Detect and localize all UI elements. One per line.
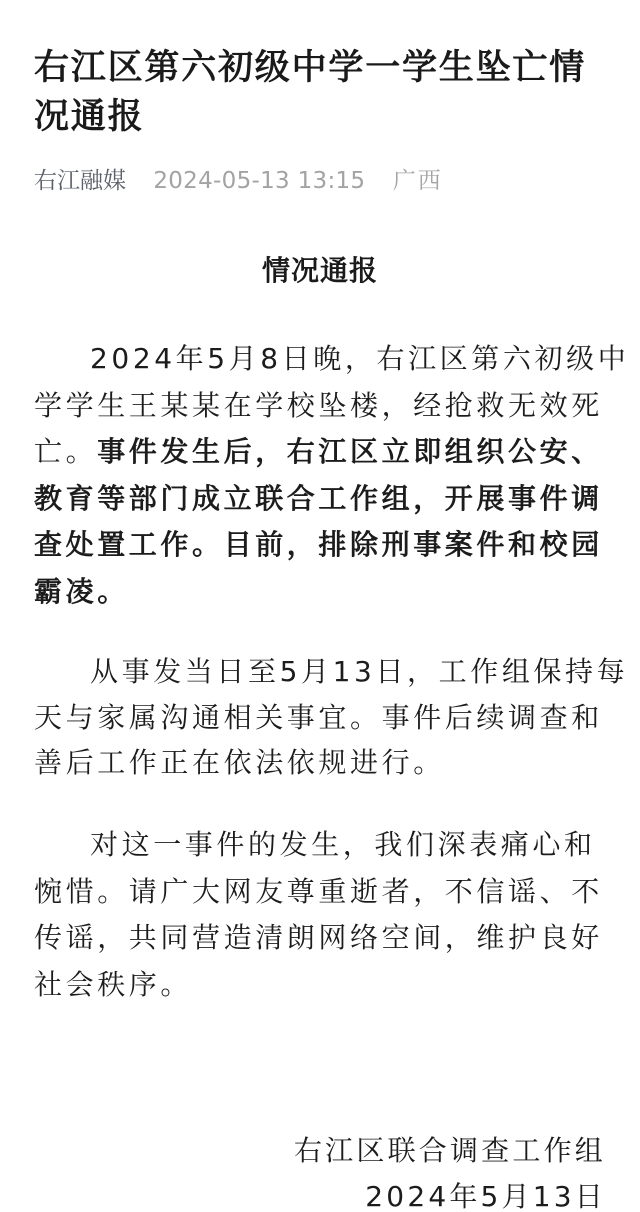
bold-text-segment: 教育等部门成立联合工作组，开展事件调: [34, 482, 603, 515]
publish-region: 广西: [393, 168, 443, 194]
paragraph-line: 从事发当日至5月13日，工作组保持每: [90, 654, 608, 690]
paragraph-line: 惋惜。请广大网友尊重逝者，不信谣、不: [34, 874, 608, 910]
article-title: 右江区第六初级中学一学生坠亡情 况通报: [34, 44, 614, 142]
article-title-line-2: 况通报: [34, 93, 614, 142]
bold-text-segment: 霸凌。: [34, 575, 129, 608]
text-segment: 学学生王某某在学校坠楼，经抢救无效死: [34, 389, 603, 422]
paragraph-line: 社会秩序。: [34, 967, 608, 1003]
article-meta: 右江融媒 2024-05-13 13:15 广西: [34, 166, 443, 196]
text-segment: 传谣，共同营造清朗网络空间，维护良好: [34, 921, 603, 954]
signature-organization: 右江区联合调查工作组: [294, 1133, 606, 1169]
text-segment: 对这一事件的发生，我们深表痛心和: [90, 828, 596, 861]
text-segment: 亡。: [34, 435, 97, 468]
publish-time: 2024-05-13 13:15: [153, 168, 365, 194]
paragraph-line: 善后工作正在依法依规进行。: [34, 745, 608, 781]
article-title-line-1: 右江区第六初级中学一学生坠亡情: [34, 44, 614, 93]
notice-heading: 情况通报: [0, 253, 640, 289]
article: 右江区第六初级中学一学生坠亡情 况通报 右江融媒 2024-05-13 13:1…: [0, 0, 640, 1212]
paragraph-line: 天与家属沟通相关事宜。事件后续调查和: [34, 700, 608, 736]
paragraph-line: 2024年5月8日晚，右江区第六初级中: [90, 341, 608, 377]
text-segment: 从事发当日至5月13日，工作组保持每: [90, 655, 628, 688]
text-segment: 天与家属沟通相关事宜。事件后续调查和: [34, 701, 603, 734]
bold-text-segment: 事件发生后，右江区立即组织公安、: [97, 435, 603, 468]
paragraph-line: 亡。事件发生后，右江区立即组织公安、: [34, 434, 608, 470]
paragraph-line: 查处置工作。目前，排除刑事案件和校园: [34, 527, 608, 563]
paragraph-line: 霸凌。: [34, 574, 608, 610]
paragraph-line: 传谣，共同营造清朗网络空间，维护良好: [34, 920, 608, 956]
text-segment: 惋惜。请广大网友尊重逝者，不信谣、不: [34, 875, 603, 908]
paragraph-line: 教育等部门成立联合工作组，开展事件调: [34, 481, 608, 517]
text-segment: 2024年5月8日晚，右江区第六初级中: [90, 342, 629, 375]
bold-text-segment: 查处置工作。目前，排除刑事案件和校园: [34, 528, 603, 561]
paragraph-line: 对这一事件的发生，我们深表痛心和: [90, 827, 608, 863]
text-segment: 善后工作正在依法依规进行。: [34, 746, 445, 779]
paragraph-line: 学学生王某某在学校坠楼，经抢救无效死: [34, 388, 608, 424]
text-segment: 社会秩序。: [34, 968, 192, 1001]
account-name-link[interactable]: 右江融媒: [34, 168, 126, 194]
signature-date: 2024年5月13日: [365, 1179, 606, 1212]
